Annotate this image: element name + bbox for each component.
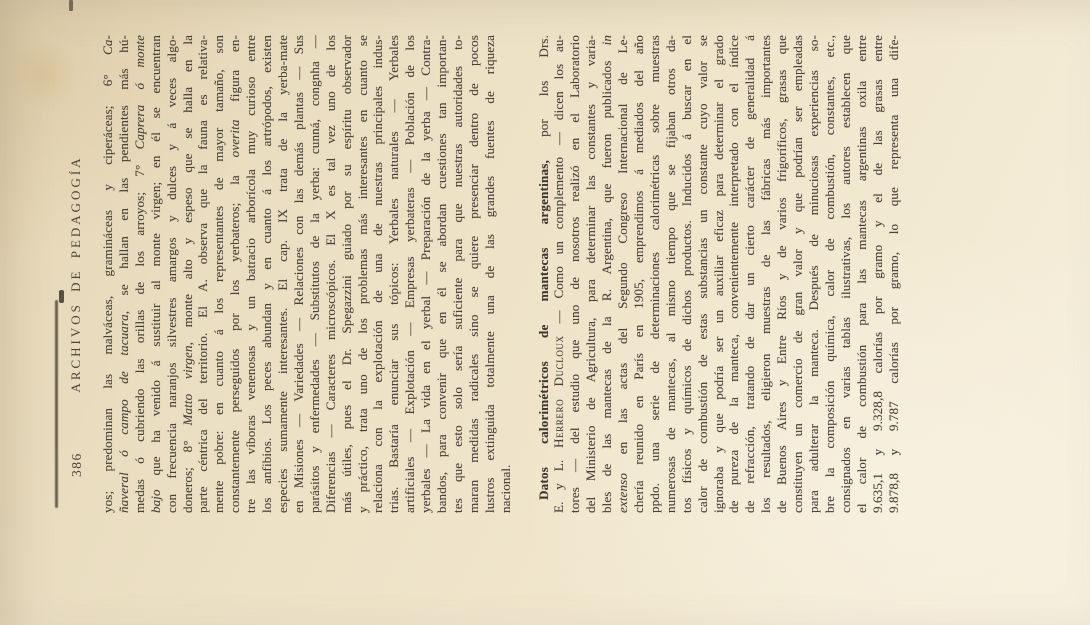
text-line: parte céntrica del territorio. El A. obs…: [195, 35, 211, 513]
text-line: yerbales — La vida en el yerbal — Prepar…: [418, 35, 434, 513]
text-line: especies sumamente interesantes. El cap.…: [275, 35, 291, 513]
text-line: trias. Bastaría enunciar sus tópicos: Ye…: [386, 35, 402, 513]
text-segment: , monte alto y espeso que se halla en la: [180, 35, 195, 345]
text-segment: relaciona con la explotación de una de n…: [370, 35, 385, 513]
text-segment: 9.878,8 y 9.787 calorías por gramo, lo q…: [886, 35, 901, 513]
text-segment: los anfibios. Los peces abundan y en cua…: [259, 35, 274, 513]
text-line: relaciona con la explotación de una de n…: [370, 35, 386, 513]
text-segment: maran medidas radicales sino se quiere p…: [466, 35, 481, 513]
text-line: tre las víboras venenosas y un batracio …: [243, 35, 259, 513]
text-segment: yerbales — La vida en el yerbal — Prepar…: [418, 35, 433, 513]
text-line: ppdo. una serie de determinaciones calor…: [647, 35, 663, 513]
text-line: nacional.: [498, 35, 514, 513]
text-segment: especies sumamente interesantes. El cap.…: [275, 35, 290, 513]
text-line: calor de combustión de estas substancias…: [695, 35, 711, 513]
text-line: constantemente perseguidos por los yerba…: [227, 35, 243, 513]
text-segment: tos físicos y químicos de dichos product…: [679, 35, 694, 513]
text-segment: consignados en varias tablas ilustrativa…: [838, 35, 853, 513]
page-sheet: 386 ARCHIVOS DE PEDAGOGÍA yos; predomina…: [0, 0, 1090, 625]
text-segment: — Como un complemento — dicen los au-: [551, 35, 566, 335]
text-line: maran medidas radicales sino se quiere p…: [466, 35, 482, 513]
text-line: más útiles, pues el Dr. Spegazzini guiad…: [339, 35, 355, 513]
text-line: Datos calorimétricos de mantecas argenti…: [536, 35, 552, 513]
text-line: consignados en varias tablas ilustrativa…: [838, 35, 854, 513]
text-line: bandos, para convenir que en él se abord…: [434, 35, 450, 513]
page-header: 386 ARCHIVOS DE PEDAGOGÍA: [68, 35, 88, 513]
text-segment: parte céntrica del territorio. El A. obs…: [195, 35, 210, 513]
text-segment: del Ministerio de Agricultura, para dete…: [583, 35, 598, 513]
text-line: parásitos y enfermedades — Substitutos d…: [307, 35, 323, 513]
text-segment: Herrero Ducloux: [551, 335, 566, 448]
text-line: artificiales — Explotación — Empresas ye…: [402, 35, 418, 513]
text-line: con frecuencia naranjos silvestres amarg…: [164, 35, 180, 513]
text-line: del Ministerio de Agricultura, para dete…: [583, 35, 599, 513]
text-line: ñaveral ó campo de tacuara, se hallan en…: [116, 35, 132, 513]
text-line: bles de las mantecas de la R. Argentina,…: [599, 35, 615, 513]
text-line: de refracción, tratando de dar un cierto…: [742, 35, 758, 513]
text-line: los anfibios. Los peces abundan y en cua…: [259, 35, 275, 513]
paragraph: yos; predominan las malváceas, gramináce…: [100, 35, 514, 513]
text-line: los resultados, eligieron muestras de la…: [758, 35, 774, 513]
text-segment: y práctico, trata uno de los problemas m…: [355, 35, 370, 513]
text-segment: ñaveral ó campo de tacuara: [116, 314, 131, 513]
text-line: tes que esto solo sería suficiente para …: [450, 35, 466, 513]
text-line: tos físicos y químicos de dichos product…: [679, 35, 695, 513]
text-line: chería reunido en París en 1905, emprend…: [631, 35, 647, 513]
text-line: de Buenos Aires y Entre Ríos y de varios…: [774, 35, 790, 513]
text-segment: in: [599, 35, 614, 45]
text-segment: parásitos y enfermedades — Substitutos d…: [307, 35, 322, 513]
text-line: numerosas de mantecas, al mismo tiempo q…: [663, 35, 679, 513]
text-segment: trias. Bastaría enunciar sus tópicos: Ye…: [386, 35, 401, 513]
text-segment: bandos, para convenir que en él se abord…: [434, 35, 449, 513]
text-segment: , se hallan en las pendientes más hú-: [116, 35, 131, 314]
text-line: el calor de combustión para las mantecas…: [854, 35, 870, 513]
text-segment: bles de las mantecas de la R. Argentina,…: [599, 45, 614, 513]
text-segment: numerosas de mantecas, al mismo tiempo q…: [663, 35, 678, 513]
text-segment: bre la composición química, calor de com…: [822, 35, 837, 513]
text-segment: constantemente perseguidos por los yerba…: [227, 157, 242, 513]
text-segment: Datos calorimétricos de mantecas argenti…: [536, 160, 551, 500]
text-segment: overita: [227, 120, 242, 158]
text-segment: calor de combustión de estas substancias…: [695, 35, 710, 513]
text-segment: para adulterar la manteca. Después de mi…: [806, 35, 821, 513]
text-segment: tre las víboras venenosas y un batracio …: [243, 35, 258, 513]
text-segment: ignoraba y que podría ser un auxiliar ef…: [711, 35, 726, 513]
text-segment: que ha venido á sustituir al monte virge…: [148, 35, 163, 489]
text-segment: artificiales — Explotación — Empresas ye…: [402, 35, 417, 513]
paragraph: Datos calorimétricos de mantecas argenti…: [536, 35, 902, 513]
text-segment: más útiles, pues el Dr. Spegazzini guiad…: [339, 35, 354, 513]
running-title: ARCHIVOS DE PEDAGOGÍA: [68, 35, 84, 513]
text-segment: lustros extinguida totalmente una de las…: [482, 35, 497, 513]
text-segment: por los Drs.: [536, 35, 551, 160]
text-segment: constituyen un comercio de gran valor y …: [790, 35, 805, 513]
text-line: lustros extinguida totalmente una de las…: [482, 35, 498, 513]
text-line: extenso en las actas del Segundo Congres…: [615, 35, 631, 513]
text-body: yos; predominan las malváceas, gramináce…: [100, 35, 901, 513]
text-line: Diferencias — Caracteres microscópicos. …: [323, 35, 339, 513]
text-segment: en las actas del Segundo Congreso Intern…: [615, 35, 630, 473]
text-segment: Caprera ó monte: [132, 35, 147, 149]
text-segment: tes que esto solo sería suficiente para …: [450, 35, 465, 513]
text-line: de pureza de la manteca, convenientement…: [726, 35, 742, 513]
text-line: yos; predominan las malváceas, gramináce…: [100, 35, 116, 513]
text-segment: doneros; 8°: [180, 426, 195, 513]
text-line: constituyen un comercio de gran valor y …: [790, 35, 806, 513]
text-segment: ppdo. una serie de determinaciones calor…: [647, 35, 662, 513]
text-segment: tores — del estudio que uno de nosotros …: [567, 35, 582, 513]
text-segment: los resultados, eligieron muestras de la…: [758, 35, 773, 513]
text-segment: en Misiones — Variedades — Relaciones co…: [291, 35, 306, 513]
text-line: en Misiones — Variedades — Relaciones co…: [291, 35, 307, 513]
text-line: para adulterar la manteca. Después de mi…: [806, 35, 822, 513]
text-segment: Diferencias — Caracteres microscópicos. …: [323, 35, 338, 513]
text-line: bajo que ha venido á sustituir al monte …: [148, 35, 164, 513]
text-segment: nacional.: [498, 464, 513, 513]
text-segment: 9.635,1 y 9.328,8 calorías por gramo y e…: [870, 35, 885, 513]
text-segment: bajo: [148, 489, 163, 513]
text-line: tores — del estudio que uno de nosotros …: [567, 35, 583, 513]
text-line: bre la composición química, calor de com…: [822, 35, 838, 513]
page-number: 386: [69, 452, 85, 477]
text-segment: yos; predominan las malváceas, gramináce…: [100, 55, 115, 513]
text-segment: medas ó cubriendo las orillas de los arr…: [132, 149, 147, 513]
text-line: ignoraba y que podría ser un auxiliar ef…: [711, 35, 727, 513]
text-segment: de refracción, tratando de dar un cierto…: [742, 35, 757, 513]
text-segment: de pureza de la manteca, convenientement…: [726, 35, 741, 513]
text-line: doneros; 8° Matto virgen, monte alto y e…: [180, 35, 196, 513]
text-line: mente pobre: en cuanto á los representan…: [211, 35, 227, 513]
text-segment: E. y L.: [551, 448, 566, 513]
text-segment: de Buenos Aires y Entre Ríos y de varios…: [774, 35, 789, 513]
text-line: 9.878,8 y 9.787 calorías por gramo, lo q…: [886, 35, 902, 513]
text-line: 9.635,1 y 9.328,8 calorías por gramo y e…: [870, 35, 886, 513]
text-segment: Matto virgen: [180, 345, 195, 425]
text-segment: el calor de combustión para las mantecas…: [854, 35, 869, 513]
text-line: medas ó cubriendo las orillas de los arr…: [132, 35, 148, 513]
text-segment: con frecuencia naranjos silvestres amarg…: [164, 35, 179, 513]
text-line: E. y L. Herrero Ducloux — Como un comple…: [551, 35, 567, 513]
text-line: y práctico, trata uno de los problemas m…: [355, 35, 371, 513]
text-segment: chería reunido en París en 1905, emprend…: [631, 35, 646, 513]
text-segment: Ca-: [100, 35, 115, 55]
text-segment: figura en-: [227, 35, 242, 120]
text-segment: mente pobre: en cuanto á los representan…: [211, 35, 226, 513]
scanned-page-canvas: 386 ARCHIVOS DE PEDAGOGÍA yos; predomina…: [0, 0, 1090, 625]
text-segment: extenso: [615, 473, 630, 513]
